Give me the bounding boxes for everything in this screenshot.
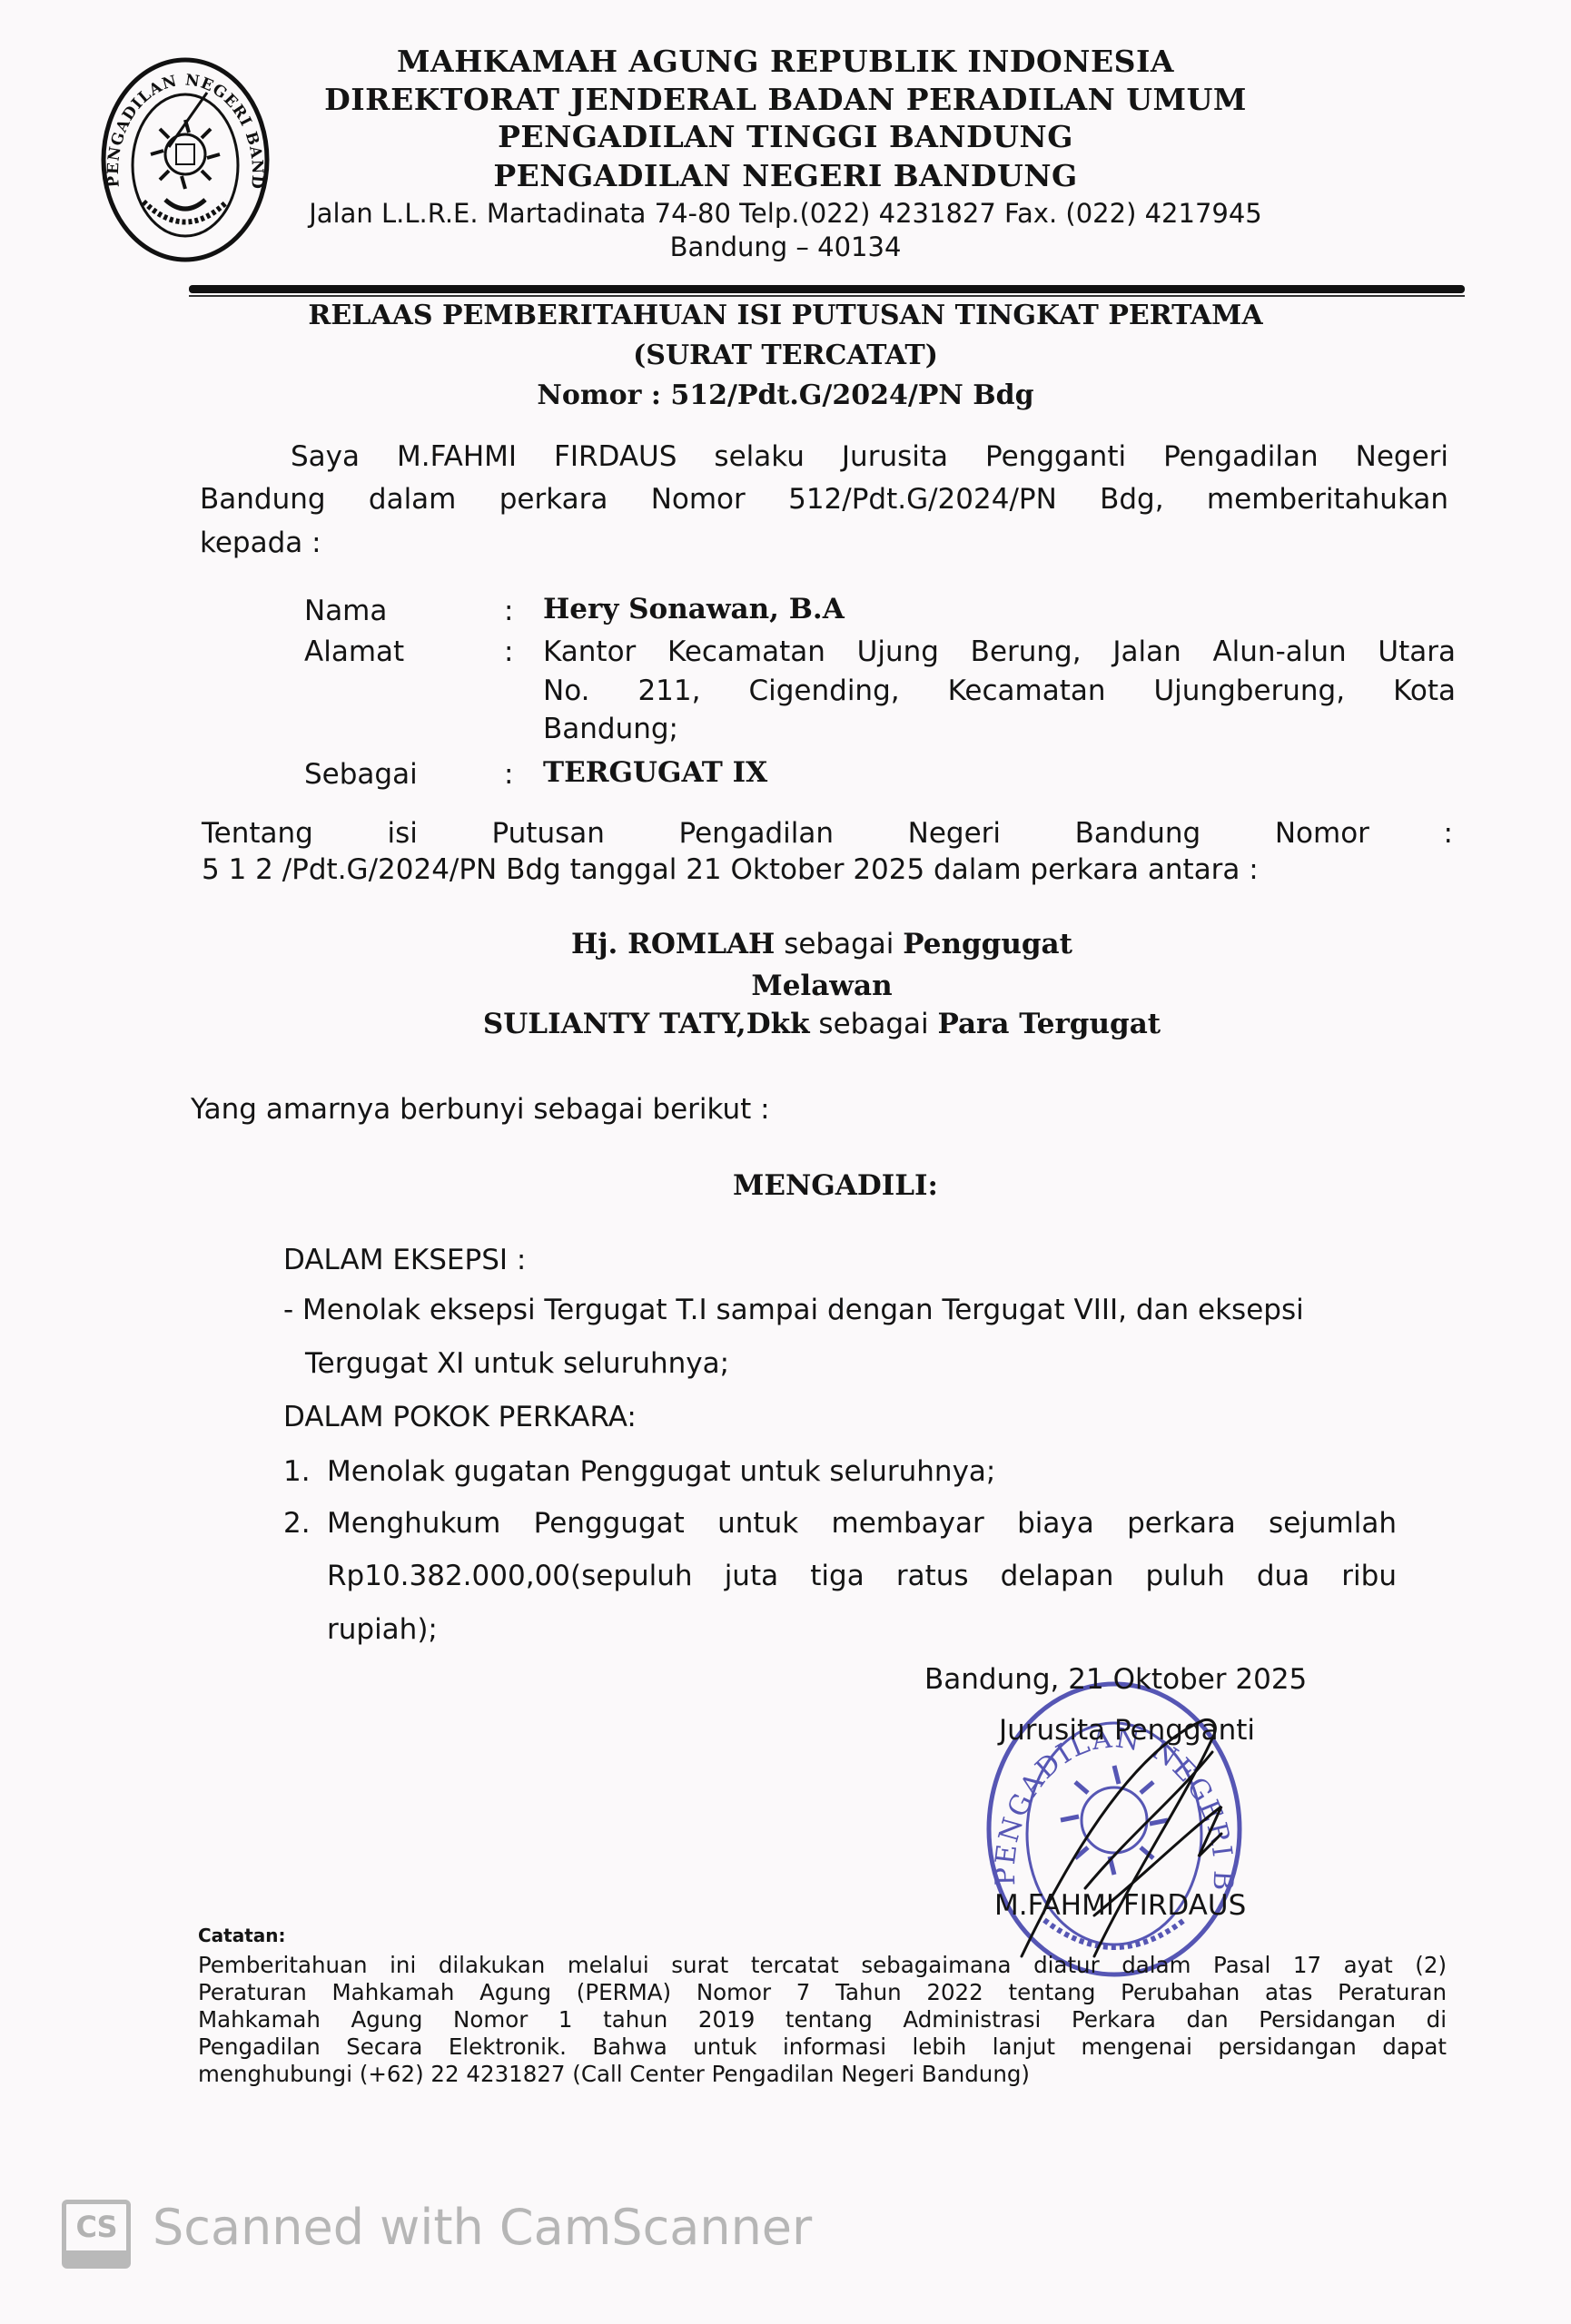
- tentang-line-2: 5 1 2 /Pdt.G/2024/PN Bdg tanggal 21 Okto…: [202, 853, 1259, 886]
- plaintiff-role: Penggugat: [903, 928, 1072, 960]
- signature-position: Jurusita Pengganti: [999, 1714, 1255, 1747]
- defendant-name: SULIANTY TATY,Dkk: [483, 1008, 810, 1040]
- letterhead-line-3: PENGADILAN TINGGI BANDUNG: [0, 119, 1571, 154]
- sebagai-label: Sebagai: [304, 758, 418, 791]
- intro-line-3: kepada :: [200, 527, 321, 559]
- document-subtitle: (SURAT TERCATAT): [0, 340, 1571, 371]
- verdict-item-1-text: Menolak gugatan Penggugat untuk seluruhn…: [327, 1455, 995, 1488]
- verdict-item-2-line-2: Rp10.382.000,00(sepuluh juta tiga ratus …: [327, 1560, 1397, 1592]
- defendant-line: SULIANTY TATY,Dkk sebagai Para Tergugat: [36, 1008, 1571, 1040]
- plaintiff-line: Hj. ROMLAH sebagai Penggugat: [36, 928, 1571, 960]
- camscanner-watermark: Scanned with CamScanner: [153, 2199, 812, 2256]
- defendant-connector: sebagai: [810, 1008, 938, 1040]
- alamat-line-1: Kantor Kecamatan Ujung Berung, Jalan Alu…: [543, 635, 1456, 668]
- document-number: Nomor : 512/Pdt.G/2024/PN Bdg: [0, 379, 1571, 411]
- signature-name: M.FAHMI FIRDAUS: [994, 1889, 1246, 1922]
- alamat-colon: :: [504, 635, 513, 668]
- plaintiff-name: Hj. ROMLAH: [571, 928, 775, 960]
- amar-intro: Yang amarnya berbunyi sebagai berikut :: [191, 1093, 770, 1126]
- letterhead-line-1: MAHKAMAH AGUNG REPUBLIK INDONESIA: [0, 44, 1571, 79]
- verdict-item-2-line-1: Menghukum Penggugat untuk membayar biaya…: [327, 1507, 1397, 1540]
- notes-heading: Catatan:: [198, 1925, 286, 1946]
- eksepsi-heading: DALAM EKSEPSI :: [283, 1244, 526, 1276]
- intro-line-1: Saya M.FAHMI FIRDAUS selaku Jurusita Pen…: [291, 440, 1448, 473]
- defendant-role: Para Tergugat: [937, 1008, 1161, 1040]
- letterhead-line-4: PENGADILAN NEGERI BANDUNG: [0, 158, 1571, 193]
- nama-label: Nama: [304, 595, 387, 627]
- plaintiff-connector: sebagai: [775, 928, 903, 960]
- letterhead-divider: [189, 285, 1465, 293]
- eksepsi-line-2: Tergugat XI untuk seluruhnya;: [305, 1347, 729, 1380]
- document-title: RELAAS PEMBERITAHUAN ISI PUTUSAN TINGKAT…: [0, 300, 1571, 331]
- pokok-heading: DALAM POKOK PERKARA:: [283, 1401, 637, 1433]
- eksepsi-line-1: - Menolak eksepsi Tergugat T.I sampai de…: [283, 1294, 1304, 1326]
- notes-line-3: Mahkamah Agung Nomor 1 tahun 2019 tentan…: [198, 2006, 1447, 2033]
- verdict-item-2-number: 2.: [283, 1507, 311, 1540]
- verdict-heading: MENGADILI:: [50, 1169, 1571, 1202]
- letterhead-address: Jalan L.L.R.E. Martadinata 74-80 Telp.(0…: [0, 198, 1571, 229]
- alamat-line-3: Bandung;: [543, 713, 678, 745]
- verdict-item-1-number: 1.: [283, 1455, 311, 1488]
- camscanner-badge-text: CS: [66, 2210, 126, 2244]
- intro-line-2: Bandung dalam perkara Nomor 512/Pdt.G/20…: [200, 483, 1448, 516]
- alamat-label: Alamat: [304, 635, 404, 668]
- letterhead-line-2: DIREKTORAT JENDERAL BADAN PERADILAN UMUM: [0, 82, 1571, 117]
- verdict-item-2-line-3: rupiah);: [327, 1613, 438, 1646]
- notes-line-1: Pemberitahuan ini dilakukan melalui sura…: [198, 1952, 1447, 1978]
- nama-value: Hery Sonawan, B.A: [543, 593, 845, 625]
- tentang-line-1: Tentang isi Putusan Pengadilan Negeri Ba…: [202, 817, 1453, 850]
- notes-line-4: Pengadilan Secara Elektronik. Bahwa untu…: [198, 2033, 1447, 2060]
- alamat-line-2: No. 211, Cigending, Kecamatan Ujungberun…: [543, 675, 1456, 707]
- versus-label: Melawan: [36, 970, 1571, 1002]
- nama-colon: :: [504, 595, 513, 627]
- sebagai-colon: :: [504, 758, 513, 791]
- notes-line-2: Peraturan Mahkamah Agung (PERMA) Nomor 7…: [198, 1979, 1447, 2005]
- sebagai-value: TERGUGAT IX: [543, 756, 767, 789]
- signature-place-date: Bandung, 21 Oktober 2025: [924, 1663, 1307, 1696]
- camscanner-logo-icon: CS: [62, 2200, 131, 2269]
- notes-line-5: menghubungi (+62) 22 4231827 (Call Cente…: [198, 2061, 1030, 2087]
- letterhead-city: Bandung – 40134: [0, 231, 1571, 262]
- letterhead-divider-thin: [189, 295, 1465, 297]
